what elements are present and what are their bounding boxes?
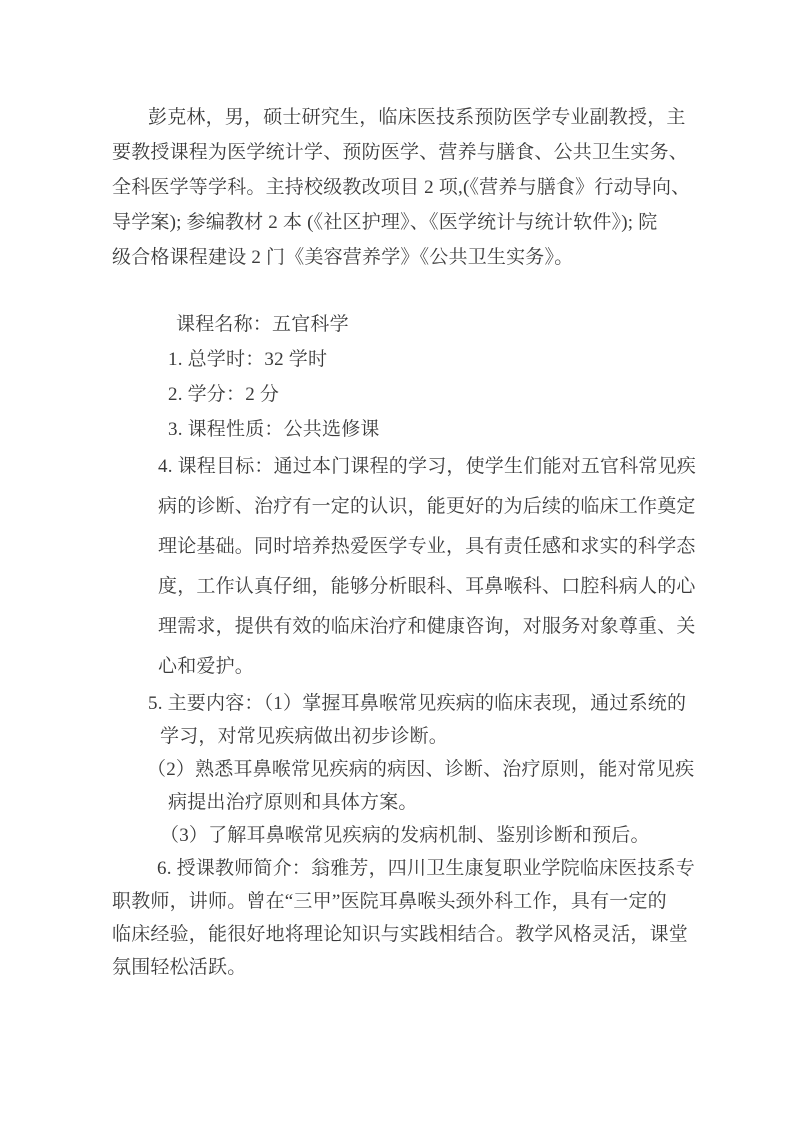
profile-line-1: 6. 授课教师简介：翁雅芳，四川卫生康复职业学院临床医技系专 [112, 852, 684, 885]
objectives-line-1: 4. 课程目标：通过本门课程的学习，使学生们能对五官科常见疾 [112, 447, 684, 487]
objectives-line-6: 心和爱护。 [112, 647, 684, 687]
main-content-line-3: （2）熟悉耳鼻喉常见疾病的病因、诊断、治疗原则，能对常见疾 [112, 753, 684, 786]
intro-line-4: 导学案); 参编教材 2 本 (《社区护理》、《医学统计与统计软件》); 院 [112, 205, 684, 240]
intro-line-5: 级合格课程建设 2 门《美容营养学》《公共卫生实务》。 [112, 240, 684, 275]
profile-line-4: 氛围轻松活跃。 [112, 951, 684, 984]
document-content: 彭克林，男，硕士研究生，临床医技系预防医学专业副教授，主 要教授课程为医学统计学… [112, 100, 684, 984]
section-teacher-profile: 6. 授课教师简介：翁雅芳，四川卫生康复职业学院临床医技系专 职教师，讲师。曾在… [112, 852, 684, 984]
section-main-content: 5. 主要内容：（1）掌握耳鼻喉常见疾病的临床表现，通过系统的 学习，对常见疾病… [112, 687, 684, 852]
profile-line-3: 临床经验，能很好地将理论知识与实践相结合。教学风格灵活，课堂 [112, 918, 684, 951]
course-name-line: 课程名称：五官科学 [112, 307, 684, 342]
intro-line-2: 要教授课程为医学统计学、预防医学、营养与膳食、公共卫生实务、 [112, 135, 684, 170]
course-item-course-type: 3. 课程性质：公共选修课 [112, 412, 684, 447]
objectives-line-2: 病的诊断、治疗有一定的认识，能更好的为后续的临床工作奠定 [112, 487, 684, 527]
intro-line-1: 彭克林，男，硕士研究生，临床医技系预防医学专业副教授，主 [112, 100, 684, 135]
profile-line-2: 职教师，讲师。曾在“三甲”医院耳鼻喉头颈外科工作，具有一定的 [112, 885, 684, 918]
course-item-credits: 2. 学分：2 分 [112, 377, 684, 412]
document-page: 彭克林，男，硕士研究生，临床医技系预防医学专业副教授，主 要教授课程为医学统计学… [0, 0, 793, 1122]
section-course-objectives: 4. 课程目标：通过本门课程的学习，使学生们能对五官科常见疾 病的诊断、治疗有一… [112, 447, 684, 687]
main-content-line-4: 病提出治疗原则和具体方案。 [112, 786, 684, 819]
main-content-line-2: 学习，对常见疾病做出初步诊断。 [112, 720, 684, 753]
main-content-line-1: 5. 主要内容：（1）掌握耳鼻喉常见疾病的临床表现，通过系统的 [112, 687, 684, 720]
objectives-line-3: 理论基础。同时培养热爱医学专业，具有责任感和求实的科学态 [112, 527, 684, 567]
objectives-line-4: 度，工作认真仔细，能够分析眼科、耳鼻喉科、口腔科病人的心 [112, 567, 684, 607]
course-item-total-hours: 1. 总学时：32 学时 [112, 342, 684, 377]
section-course-header: 课程名称：五官科学 1. 总学时：32 学时 2. 学分：2 分 3. 课程性质… [112, 307, 684, 447]
paragraph-teacher-intro: 彭克林，男，硕士研究生，临床医技系预防医学专业副教授，主 要教授课程为医学统计学… [112, 100, 684, 275]
intro-line-3: 全科医学等学科。主持校级教改项目 2 项,(《营养与膳食》行动导向、 [112, 170, 684, 205]
objectives-line-5: 理需求，提供有效的临床治疗和健康咨询，对服务对象尊重、关 [112, 607, 684, 647]
main-content-line-5: （3）了解耳鼻喉常见疾病的发病机制、鉴别诊断和预后。 [112, 819, 684, 852]
